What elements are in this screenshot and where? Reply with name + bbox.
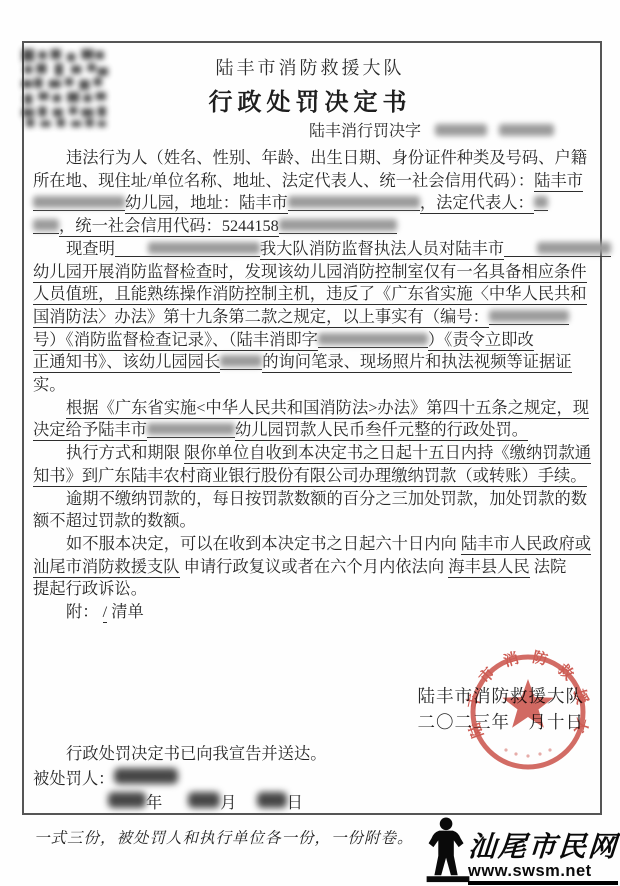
- body-line: 幼儿园开展消防监督检查时，发现该幼儿园消防控制室仅有一名具备相应条件: [33, 261, 589, 284]
- redaction-blur: [148, 242, 260, 254]
- document-body: 违法行为人（姓名、性别、年龄、出生日期、身份证件种类及号码、户籍所在地、现住址/…: [33, 147, 589, 624]
- redaction-blur: [147, 423, 235, 435]
- text-segment: 我大队消防监督执法人员对陆丰市: [260, 239, 504, 260]
- document-number-line: 陆丰消行罚决字: [22, 118, 554, 141]
- redacted-text: [115, 242, 260, 257]
- text-segment: 行政处罚决定书已向我宣告并送达。: [66, 744, 327, 763]
- body-line: 附： / 清单: [33, 601, 589, 624]
- text-segment: 汕尾市消防救援支队: [33, 557, 180, 578]
- text-segment: 海丰县人民: [448, 557, 529, 578]
- text-segment: 幼儿园，地址：陆丰市: [125, 193, 288, 214]
- redacted-text: [188, 792, 220, 810]
- body-line: 幼儿园，地址：陆丰市，法定代表人：: [33, 192, 589, 215]
- watermark-site-name: 汕尾市民网: [467, 834, 619, 862]
- redacted-text: [147, 423, 235, 438]
- text-segment: 额不超过罚款的数额。: [33, 511, 196, 530]
- text-segment: 年: [146, 793, 162, 812]
- body-line: 汕尾市消防救援支队 申请行政复议或者在六个月内依法向 海丰县人民 法院: [33, 556, 589, 579]
- body-line: 违法行为人（姓名、性别、年龄、出生日期、身份证件种类及号码、户籍: [33, 147, 589, 170]
- text-segment: 提起行政诉讼。: [33, 579, 147, 598]
- text-segment: 日: [287, 793, 303, 812]
- redaction-blur: [279, 219, 397, 231]
- redacted-text: [279, 219, 397, 234]
- body-line: 被处罚人：: [33, 767, 327, 792]
- redacted-text: [318, 333, 428, 348]
- redaction-blur: [489, 310, 569, 322]
- body-line: 实。: [33, 374, 589, 397]
- text-segment: 法院: [530, 557, 567, 576]
- redaction-blur: [33, 196, 125, 208]
- seal-bottom-marks: [504, 748, 551, 757]
- text-segment: 限你单位自收到本决定书之日起十五日内持《缴纳罚款通: [184, 443, 591, 464]
- body-line: 逾期不缴纳罚款的，每日按罚款数额的百分之三加处罚款，加处罚款的数: [33, 488, 589, 511]
- text-segment: 幼儿园罚款人民币叁仟元整的行政处罚。: [235, 420, 528, 441]
- redaction-blur: [114, 768, 178, 784]
- text-segment: ）《责令立即改: [428, 330, 534, 351]
- body-line: 执行方式和期限 限你单位自收到本决定书之日起十五日内持《缴纳罚款通: [33, 442, 589, 465]
- redacted-text: [220, 355, 262, 370]
- text-segment: 附：: [66, 602, 103, 621]
- text-segment: 实。: [33, 375, 66, 394]
- text-segment: 执行方式和期限: [66, 443, 184, 462]
- body-line: 号）《消防监督检查记录》、（陆丰消即字）《责令立即改: [33, 329, 589, 352]
- body-line: 正通知书》、该幼儿园园长的询问笔录、现场照片和执法视频等证据证: [33, 351, 589, 374]
- body-line: 陆丰消行罚决字: [22, 118, 554, 141]
- redacted-text: [33, 196, 125, 211]
- body-line: 决定给予陆丰市幼儿园罚款人民币叁仟元整的行政处罚。: [33, 419, 589, 442]
- text-segment: 如不服本决定，可以在收到本决定书之日起六十日内向: [66, 534, 461, 553]
- text-segment: 月: [220, 793, 236, 812]
- person-silhouette-icon: [426, 817, 470, 885]
- site-watermark: 汕尾市民网 www.swsm.net: [426, 817, 618, 885]
- redaction-blur: [537, 242, 611, 254]
- body-line: 人员值班，且能熟练操作消防控制主机，违反了《广东省实施〈中华人民共和: [33, 283, 589, 306]
- redacted-text: [108, 792, 146, 810]
- redacted-text: [499, 124, 554, 138]
- document-title: 行政处罚决定书: [0, 82, 620, 117]
- issuing-agency: 陆丰市消防救援大队: [0, 54, 620, 80]
- redaction-blur: [288, 196, 420, 208]
- body-line: 年月日: [33, 791, 327, 816]
- penalty-decision-document: 陆丰市消防救援大队 行政处罚决定书 陆丰消行罚决字 违法行为人（姓名、性别、年龄…: [0, 0, 620, 886]
- redaction-blur: [220, 355, 262, 367]
- body-line: 提起行政诉讼。: [33, 578, 589, 601]
- body-line: 所在地、现住址/单位名称、地址、法定代表人、统一社会信用代码）：陆丰市: [33, 170, 589, 193]
- redacted-text: [114, 768, 178, 786]
- body-line: 如不服本决定，可以在收到本决定书之日起六十日内向 陆丰市人民政府或: [33, 533, 589, 556]
- official-red-seal: 陆丰市消防救援大队: [458, 642, 598, 782]
- text-segment: 正通知书》、该幼儿园园长: [33, 352, 220, 373]
- text-segment: 人员值班，且能熟练操作消防控制主机，违反了《广东省实施〈中华人民共和: [33, 284, 587, 305]
- redacted-text: [33, 219, 59, 234]
- redacted-text: [534, 196, 548, 211]
- text-segment: 的询问笔录、现场照片和执法视频等证据证: [262, 352, 571, 373]
- text-segment: 申请行政复议或者在六个月内依法向: [180, 557, 449, 576]
- redacted-text: [435, 124, 487, 138]
- body-line: 额不超过罚款的数额。: [33, 510, 589, 533]
- redacted-text: [288, 196, 420, 211]
- redaction-blur: [499, 124, 554, 136]
- text-segment: 根据《广东省实施<中华人民共和国消防法>办法》第四十五条之规定，现: [66, 398, 589, 419]
- body-line: 国消防法〉办法》第十九条第二款之规定，以上事实有（编号：: [33, 306, 589, 329]
- text-segment: 被处罚人：: [33, 769, 114, 788]
- redacted-text: [257, 792, 287, 810]
- seal-star: [502, 679, 553, 728]
- text-segment: 逾期不缴纳罚款的，每日按罚款数额的百分之三加处罚款，加处罚款的数: [66, 489, 587, 508]
- text-segment: 清单: [107, 602, 144, 621]
- watermark-site-url: www.swsm.net: [468, 862, 618, 885]
- body-line: ，统一社会信用代码：5244158: [33, 215, 589, 238]
- text-segment: 决定给予陆丰市: [33, 420, 147, 441]
- body-line: 行政处罚决定书已向我宣告并送达。: [33, 742, 327, 767]
- text-segment: 幼儿园开展消防监督检查时，发现该幼儿园消防控制室仅有一名具备相应条件: [33, 262, 587, 283]
- text-segment: 国消防法〉办法》第十九条第二款之规定，以上事实有（编号：: [33, 307, 489, 328]
- redacted-text: [504, 242, 611, 257]
- acknowledgement-block: 行政处罚决定书已向我宣告并送达。被处罚人：年月日: [33, 742, 327, 816]
- redaction-blur: [108, 792, 146, 808]
- body-line: 现查明我大队消防监督执法人员对陆丰市: [33, 238, 589, 261]
- body-line: 根据《广东省实施<中华人民共和国消防法>办法》第四十五条之规定，现: [33, 397, 589, 420]
- copies-footnote: 一式三份，被处罚人和执行单位各一份，一份附卷。: [34, 826, 414, 848]
- redaction-blur: [318, 333, 428, 345]
- text-segment: 陆丰市人民政府或: [461, 534, 591, 555]
- redaction-blur: [257, 792, 287, 808]
- text-segment: 陆丰市: [534, 171, 583, 192]
- text-segment: 知书》到广东陆丰农村商业银行股份有限公司办理缴纳罚款（或转账）手续。: [33, 466, 587, 487]
- redaction-blur: [534, 196, 548, 208]
- redacted-text: [489, 310, 569, 325]
- body-line: 知书》到广东陆丰农村商业银行股份有限公司办理缴纳罚款（或转账）手续。: [33, 465, 589, 488]
- text-segment: 现查明: [66, 239, 115, 258]
- text-segment: 陆丰消行罚决字: [309, 123, 421, 140]
- redaction-blur: [188, 792, 220, 808]
- text-segment: ，统一社会信用代码：5244158: [59, 216, 279, 237]
- redaction-blur: [435, 124, 487, 136]
- text-segment: ，法定代表人：: [420, 193, 534, 214]
- text-segment: 号）《消防监督检查记录》、（陆丰消即字: [33, 330, 318, 351]
- text-segment: 违法行为人（姓名、性别、年龄、出生日期、身份证件种类及号码、户籍: [66, 148, 587, 167]
- redaction-blur: [33, 219, 59, 231]
- text-segment: 所在地、现住址/单位名称、地址、法定代表人、统一社会信用代码）：: [33, 171, 534, 190]
